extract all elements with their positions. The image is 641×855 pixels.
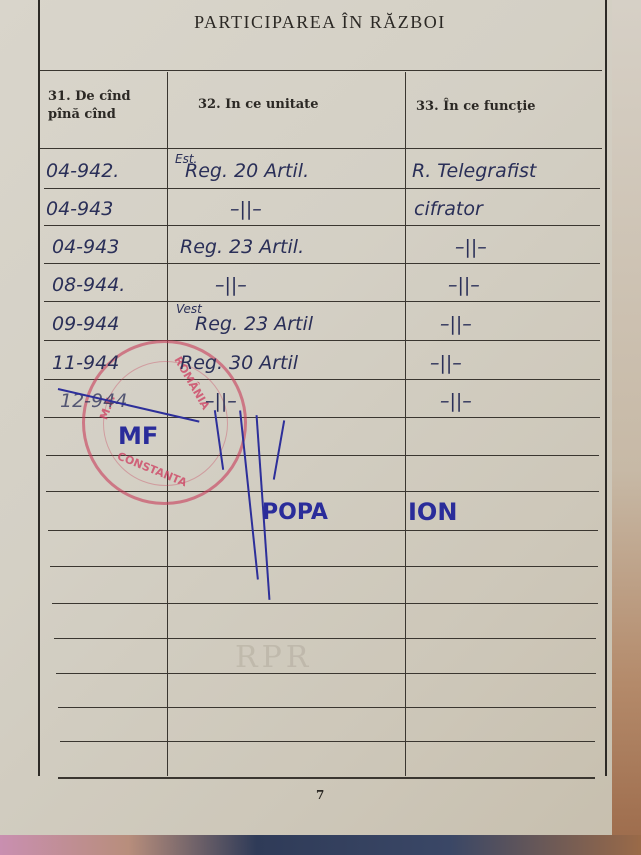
row-2-function: cifrator <box>414 198 483 220</box>
row-4-date: 08-944. <box>52 274 125 296</box>
row-5-date: 09-944 <box>52 313 119 335</box>
header-dates-line1: 31. De cînd <box>48 88 131 106</box>
header-top-rule <box>40 70 602 71</box>
row-6-unit: Reg. 30 Artil <box>180 352 298 374</box>
header-bottom-rule <box>40 148 602 149</box>
header-dates: 31. De cînd pînă cînd <box>48 88 131 124</box>
row-2-date: 04-943 <box>46 198 113 220</box>
header-unit: 32. In ce unitate <box>198 96 318 114</box>
initials-mark: MF <box>118 422 158 450</box>
row-3-unit: Reg. 23 Artil. <box>180 236 304 258</box>
row-1-function: R. Telegrafist <box>412 160 536 182</box>
surname: POPA <box>262 500 328 525</box>
row-7-unit: –||– <box>205 390 237 412</box>
row-7-function: –||– <box>440 390 472 412</box>
page-title: PARTICIPAREA ÎN RĂZBOI <box>40 12 600 33</box>
row-6-function: –||– <box>430 352 462 374</box>
column-divider-2 <box>405 72 406 776</box>
background-edge <box>612 0 641 855</box>
row-1-date: 04-942. <box>46 160 119 182</box>
row-3-function: –||– <box>455 236 487 258</box>
header-dates-line2: pînă cînd <box>48 106 131 124</box>
row-4-function: –||– <box>448 274 480 296</box>
header-function: 33. În ce funcţie <box>416 98 536 116</box>
row-6-date: 11-944 <box>52 352 119 374</box>
row-3-date: 04-943 <box>52 236 119 258</box>
row-5-function: –||– <box>440 313 472 335</box>
row-5-unit: Reg. 23 Artil <box>195 313 313 335</box>
page-number: 7 <box>316 788 324 802</box>
row-1-unit: Reg. 20 Artil. <box>185 160 309 182</box>
background-bottom <box>0 835 641 855</box>
row-4-unit: –||– <box>215 274 247 296</box>
row-2-unit: –||– <box>230 198 262 220</box>
given-name: ION <box>408 498 457 526</box>
watermark-rpr: RPR <box>235 640 312 675</box>
